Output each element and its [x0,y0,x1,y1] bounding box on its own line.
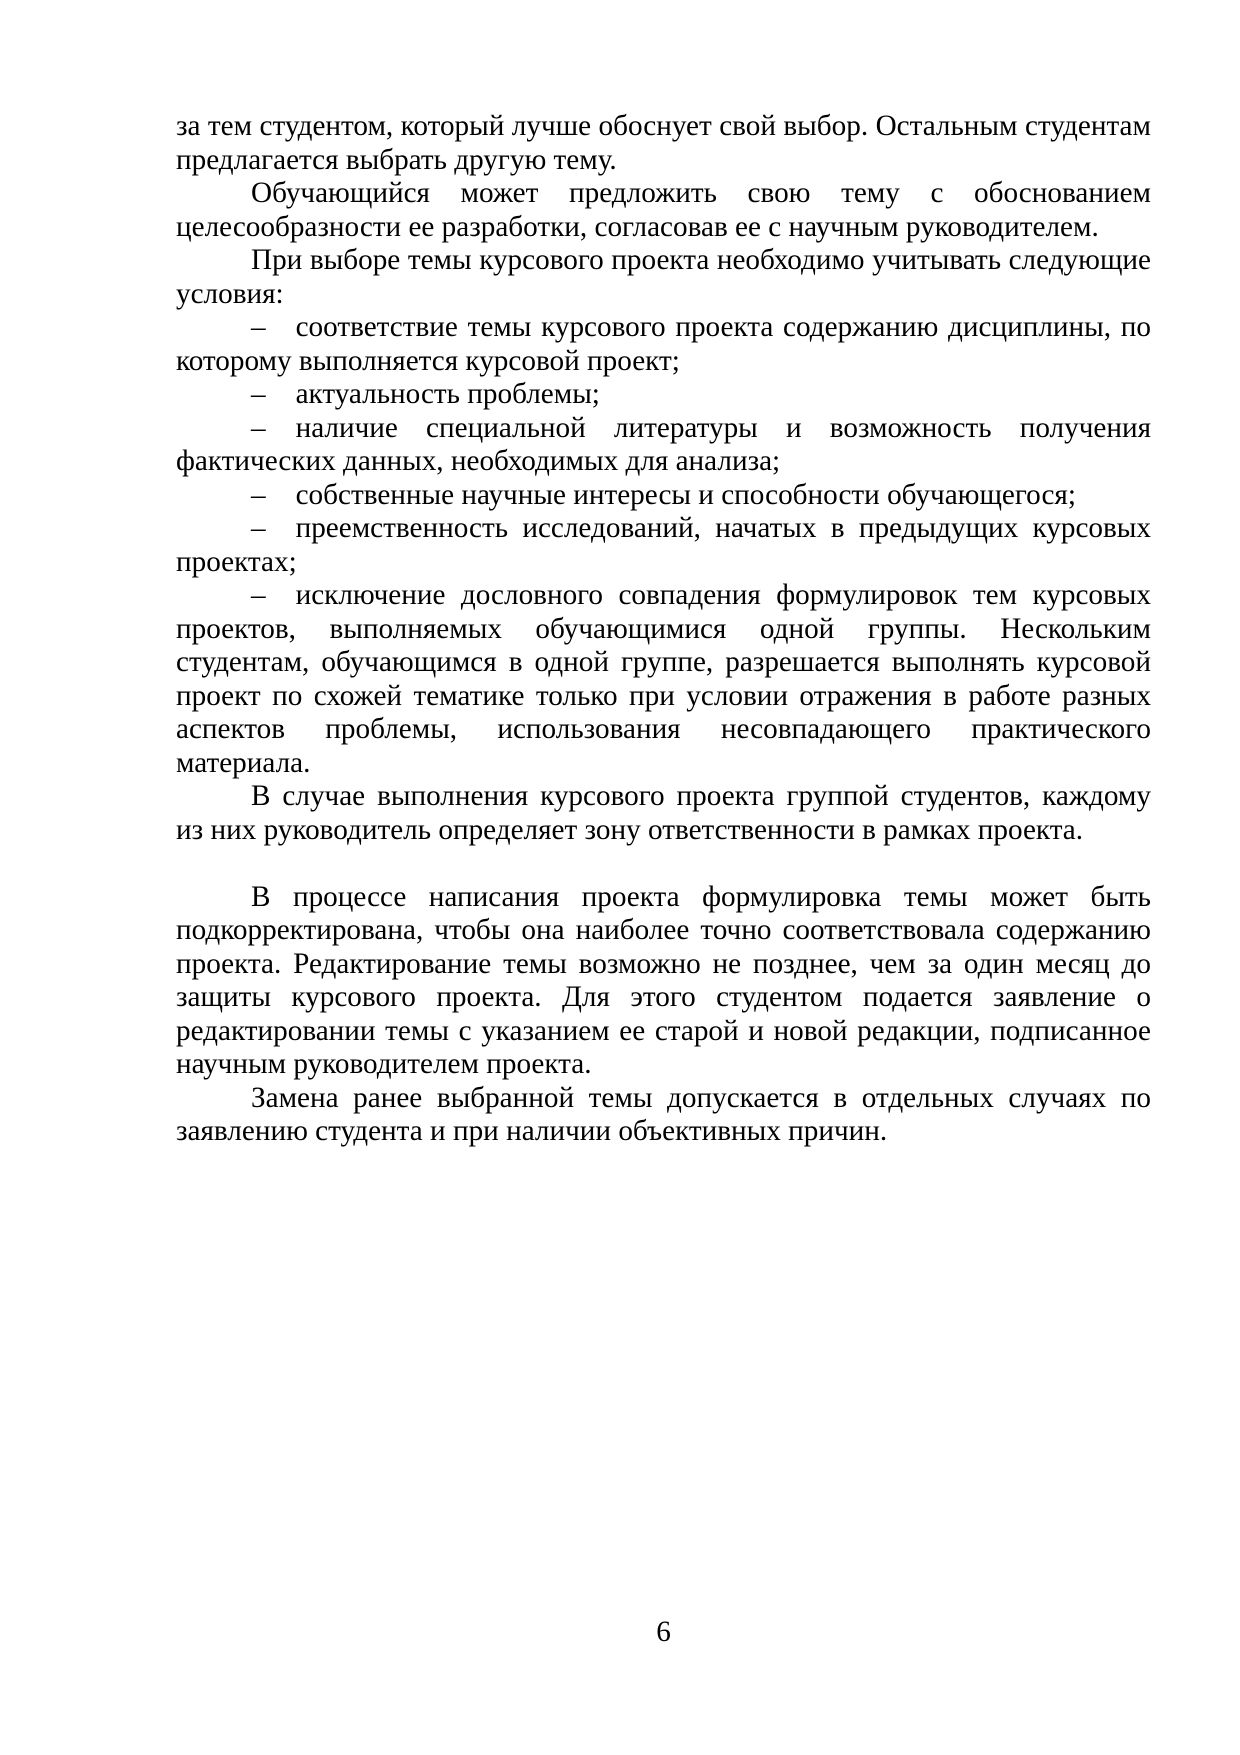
list-item-dash: – [251,479,266,511]
list-item-dash: – [251,412,266,444]
paragraph: В процессе написания проекта формулировк… [176,881,1151,1082]
page-footer: 6 [176,1616,1151,1650]
list-item-text: наличие специальной литературы и возможн… [176,412,1151,478]
list-item: –исключение дословного совпадения формул… [176,579,1151,780]
paragraph: за тем студентом, который лучше обоснует… [176,110,1151,177]
page-number: 6 [656,1616,671,1648]
list-item-dash: – [251,311,266,343]
list-item: –актуальность проблемы; [176,378,1151,412]
paragraph: Замена ранее выбранной темы допускается … [176,1082,1151,1149]
paragraph: При выборе темы курсового проекта необхо… [176,244,1151,311]
list-item-text: исключение дословного совпадения формули… [176,579,1151,779]
list-item-dash: – [251,579,266,611]
list-item-text: актуальность проблемы; [296,378,600,410]
list-item: –соответствие темы курсового проекта сод… [176,311,1151,378]
list-item: –наличие специальной литературы и возмож… [176,412,1151,479]
blank-line [176,847,1151,881]
list-item-dash: – [251,512,266,544]
list-item-text: собственные научные интересы и способнос… [296,479,1076,511]
document-text-block: за тем студентом, который лучше обоснует… [176,110,1151,1149]
list-item: –собственные научные интересы и способно… [176,479,1151,513]
paragraph: Обучающийся может предложить свою тему с… [176,177,1151,244]
list-item: –преемственность исследований, начатых в… [176,512,1151,579]
list-item-dash: – [251,378,266,410]
list-item-text: преемственность исследований, начатых в … [176,512,1151,578]
document-page: за тем студентом, который лучше обоснует… [0,0,1240,1755]
list-item-text: соответствие темы курсового проекта соде… [176,311,1151,377]
paragraph: В случае выполнения курсового проекта гр… [176,780,1151,847]
